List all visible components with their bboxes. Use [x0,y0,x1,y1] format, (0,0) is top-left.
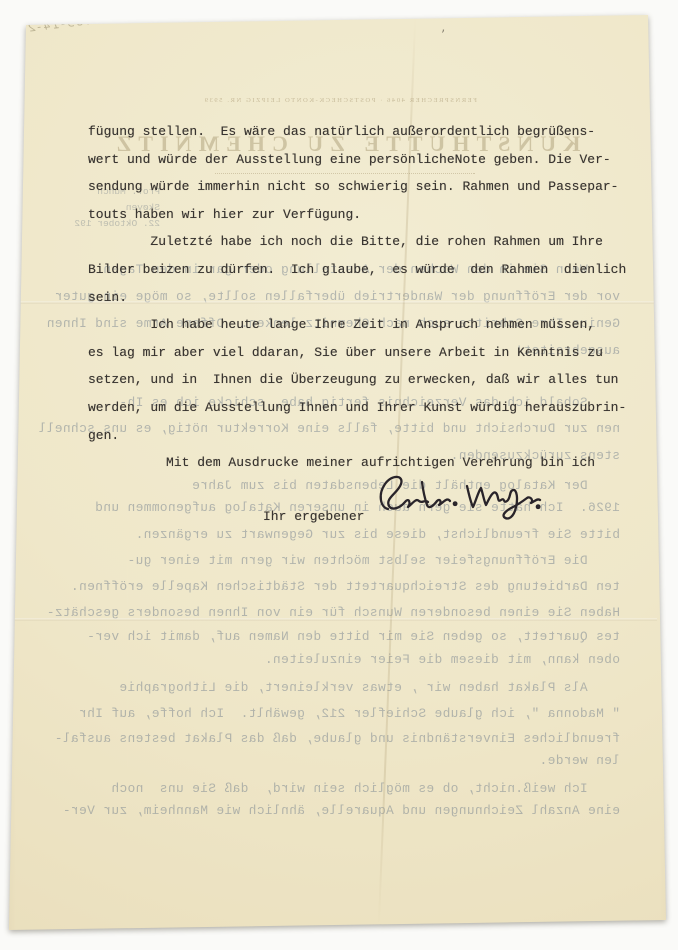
pencil-annotation: 485-14-2 [25,14,92,35]
bleed-letterhead-phone-line: FERNSPRECHER 4046 · POSTSCHECK-KONTO LEI… [110,97,570,104]
signature-last-period [537,505,540,508]
valediction: Ihr ergebener [263,503,364,531]
signature-first-name-stroke [381,477,450,509]
bleed-line: Ich weiß.nicht, ob es möglich sein wird,… [55,781,620,796]
bleed-line: oben kann, mit diesem die Feier einzulei… [55,652,620,667]
bleed-line: ten Darbietung des Streichquartett der S… [55,579,620,594]
bleed-line: tes Quartett, so geben Sie mir bitte den… [55,629,620,644]
letter-paper: FERNSPRECHER 4046 · POSTSCHECK-KONTO LEI… [0,0,678,950]
bleed-line: len werde. [55,753,620,768]
bleed-line: freundliches Einverständnis und glaube, … [55,731,620,746]
paper-fold-crease-lower [12,618,657,621]
bleed-line: Als Plakat haben wir , etwas verkleinert… [55,680,620,695]
signature-first-period [454,502,457,505]
scan-background: FERNSPRECHER 4046 · POSTSCHECK-KONTO LEI… [0,0,678,950]
bleed-line: " Madonna ", ich glaube Schiefler 212, g… [55,706,620,721]
signature-handwriting [372,468,542,530]
letter-body: fügung stellen. Es wäre das natürlich au… [88,118,626,477]
dust-mark: ’ [441,28,445,43]
signature-last-name-stroke [467,486,540,519]
bleed-line: Die Eröffnungsfeier selbst möchten wir g… [55,553,620,568]
bleed-line: eine Anzahl Zeichnungen und Aquarelle, ä… [55,803,620,818]
